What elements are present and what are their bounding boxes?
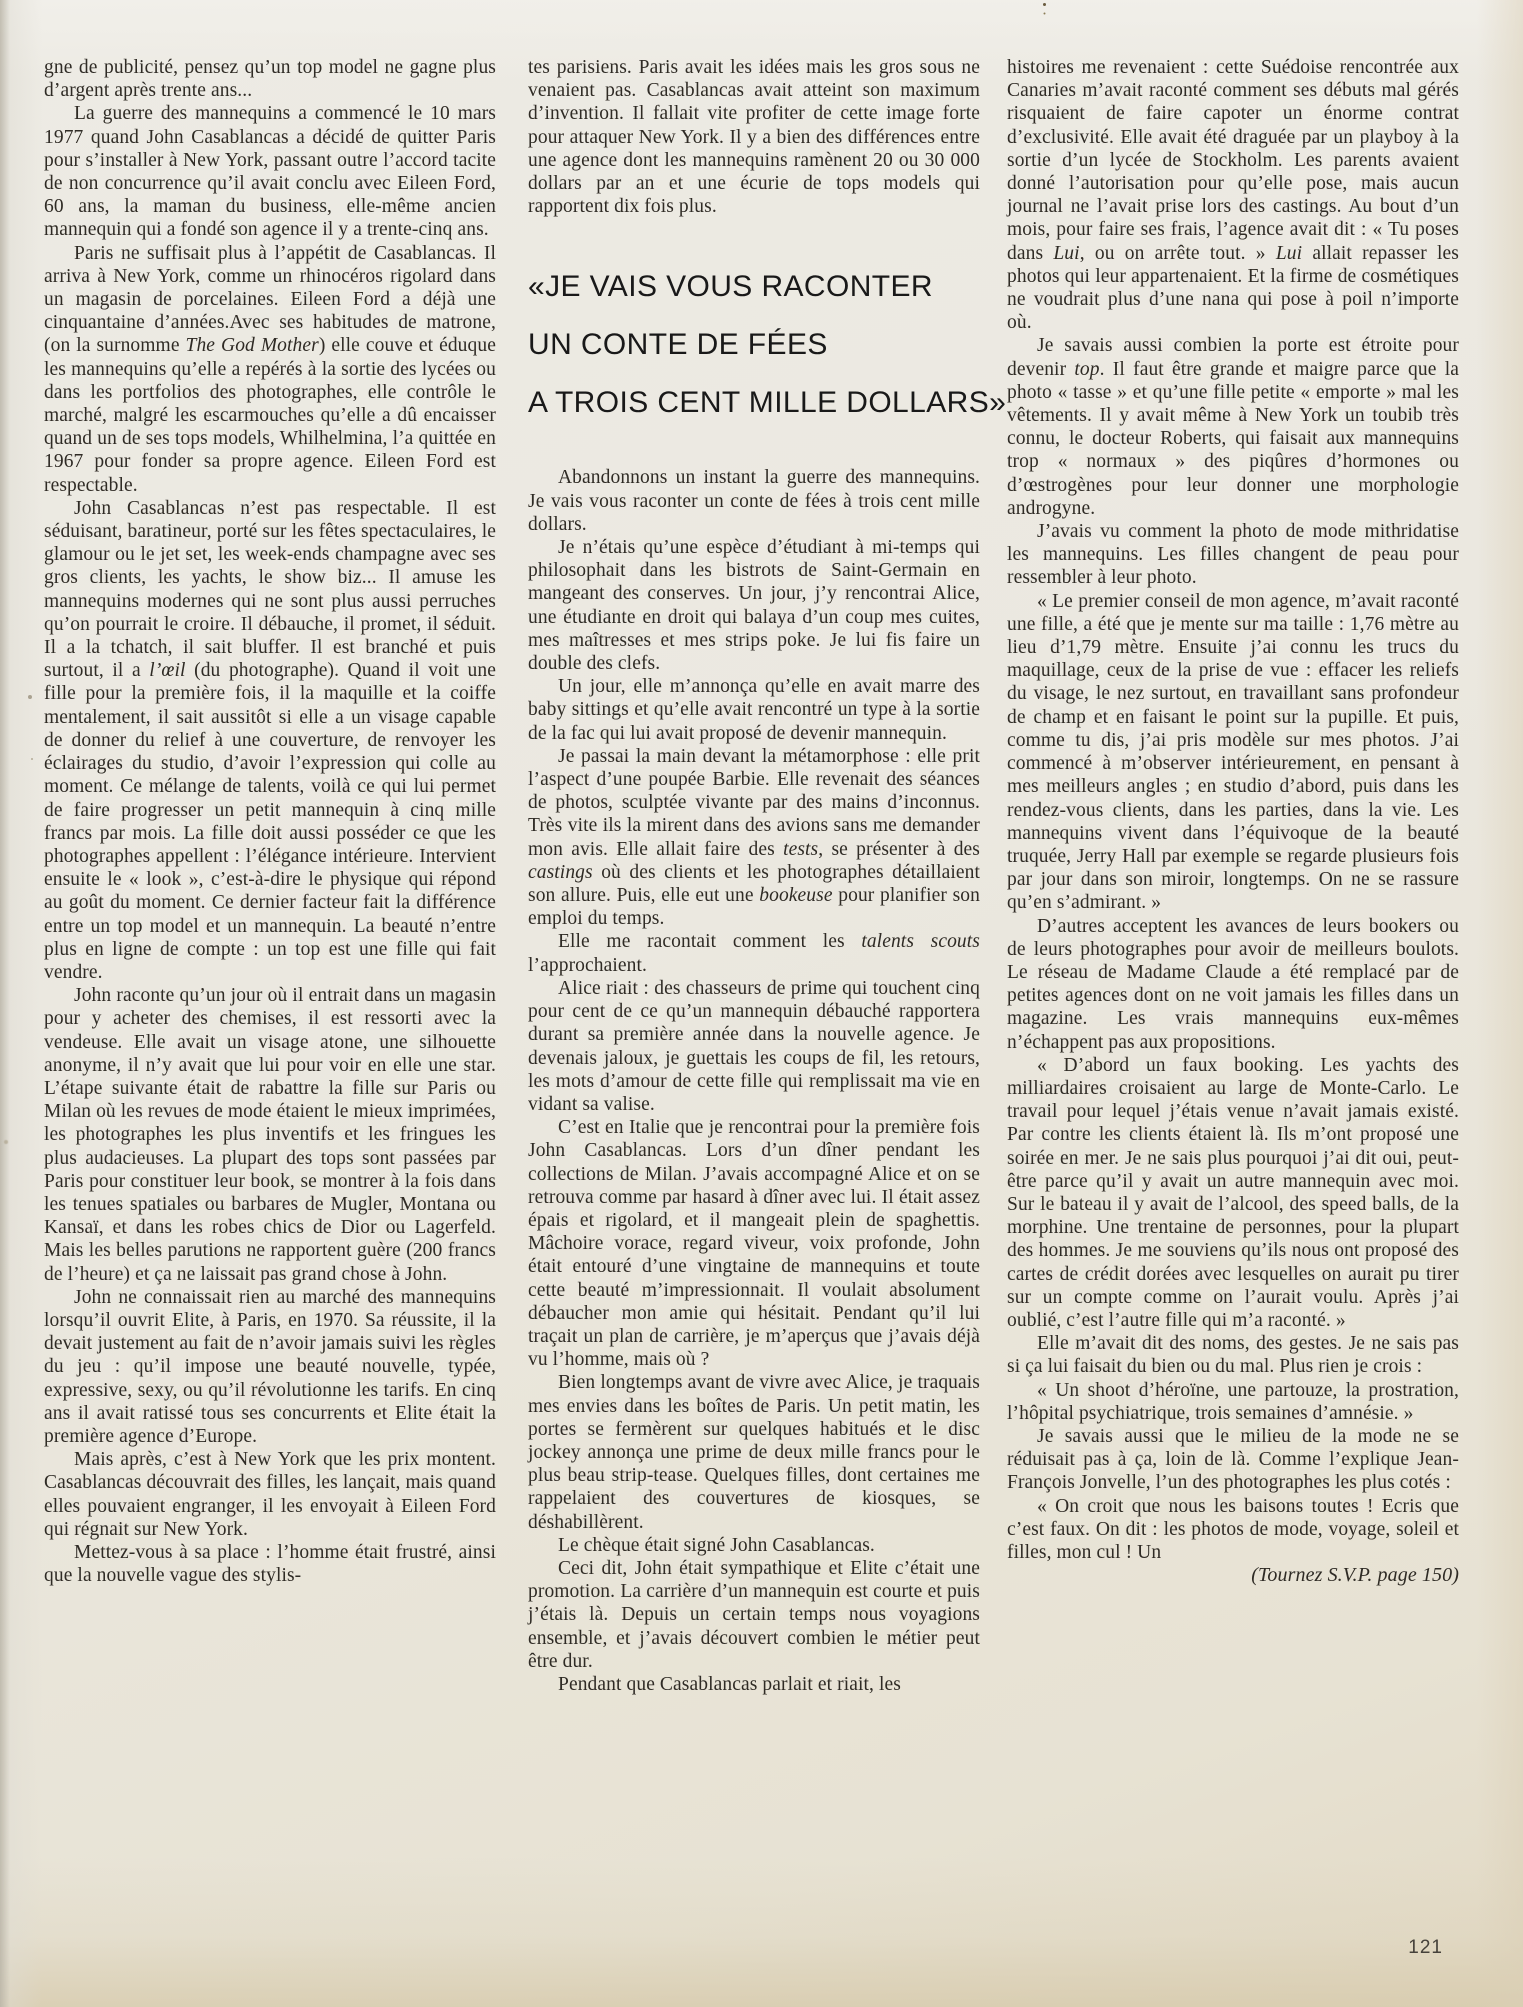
paragraph: « On croit que nous les baisons toutes !… [1007, 1495, 1459, 1565]
text-column-1: gne de publicité, pensez qu’un top model… [44, 56, 496, 1587]
paragraph: « D’abord un faux booking. Les yachts de… [1007, 1054, 1459, 1332]
paragraph: Mettez-vous à sa place : l’homme était f… [44, 1541, 496, 1587]
paragraph: « Le premier conseil de mon agence, m’av… [1007, 590, 1459, 915]
paragraph: Je passai la main devant la métamorphose… [528, 745, 980, 931]
paragraph: John ne connaissait rien au marché des m… [44, 1286, 496, 1448]
scan-speck-top [1043, 3, 1046, 6]
paragraph: histoires me revenaient : cette Suédoise… [1007, 56, 1459, 334]
paragraph: Je n’étais qu’une espèce d’étudiant à mi… [528, 536, 980, 675]
paragraph: « Un shoot d’héroïne, une partouze, la p… [1007, 1379, 1459, 1425]
pull-quote-line: «JE VAIS VOUS RACONTER [528, 258, 980, 316]
paragraph: Pendant que Casablancas parlait et riait… [528, 1673, 980, 1696]
pull-quote-line: UN CONTE DE FÉES [528, 316, 980, 374]
paragraph: D’autres acceptent les avances de leurs … [1007, 915, 1459, 1054]
paragraph: John Casablancas n’est pas respectable. … [44, 497, 496, 984]
paragraph: Abandonnons un instant la guerre des man… [528, 466, 980, 536]
paragraph: Bien longtemps avant de vivre avec Alice… [528, 1371, 980, 1533]
pull-quote: «JE VAIS VOUS RACONTERUN CONTE DE FÉESA … [528, 258, 980, 432]
paragraph: C’est en Italie que je rencontrai pour l… [528, 1116, 980, 1371]
turn-page-note: (Tournez S.V.P. page 150) [1007, 1564, 1459, 1587]
scan-specks-left-margin [28, 695, 32, 699]
paragraph: Un jour, elle m’annonça qu’elle en avait… [528, 675, 980, 745]
paragraph: Le chèque était signé John Casablancas. [528, 1534, 980, 1557]
paragraph: gne de publicité, pensez qu’un top model… [44, 56, 496, 102]
paragraph: Paris ne suffisait plus à l’appétit de C… [44, 242, 496, 497]
paragraph: John raconte qu’un jour où il entrait da… [44, 984, 496, 1286]
paragraph: J’avais vu comment la photo de mode mith… [1007, 520, 1459, 590]
paragraph: Elle me racontait comment les talents sc… [528, 930, 980, 976]
paragraph: Mais après, c’est à New York que les pri… [44, 1448, 496, 1541]
paragraph: Elle m’avait dit des noms, des gestes. J… [1007, 1332, 1459, 1378]
paragraph: La guerre des mannequins a commencé le 1… [44, 102, 496, 241]
pull-quote-line: A TROIS CENT MILLE DOLLARS» [528, 374, 980, 432]
paragraph: Ceci dit, John était sympathique et Elit… [528, 1557, 980, 1673]
text-column-2: tes parisiens. Paris avait les idées mai… [528, 56, 980, 1696]
paragraph: Alice riait : des chasseurs de prime qui… [528, 977, 980, 1116]
paragraph: tes parisiens. Paris avait les idées mai… [528, 56, 980, 218]
magazine-page: gne de publicité, pensez qu’un top model… [0, 0, 1523, 2007]
text-column-3: histoires me revenaient : cette Suédoise… [1007, 56, 1459, 1587]
paragraph: Je savais aussi que le milieu de la mode… [1007, 1425, 1459, 1495]
page-number: 121 [1408, 1937, 1443, 1959]
paragraph: Je savais aussi combien la porte est étr… [1007, 334, 1459, 520]
